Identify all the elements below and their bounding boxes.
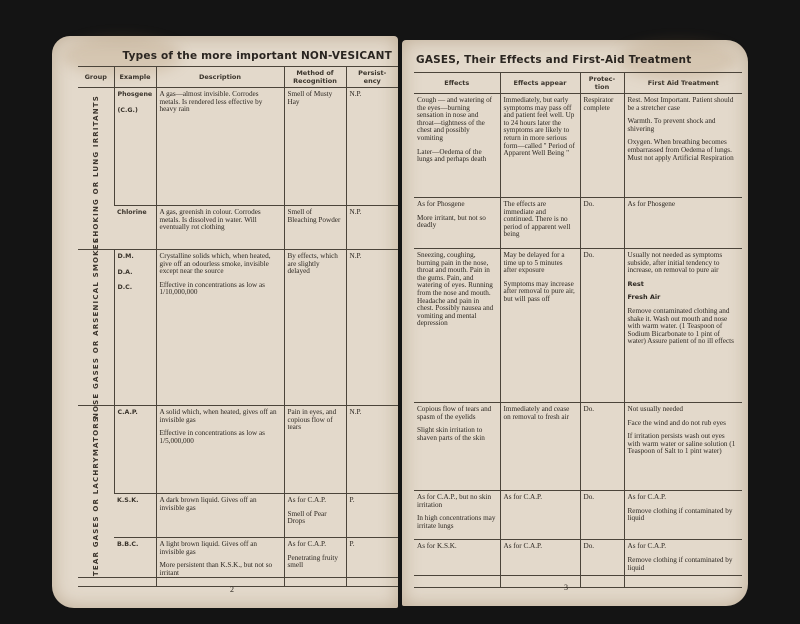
table-row: Cough — and watering of the eyes—burning… bbox=[414, 94, 742, 198]
table-row: K.S.K. A dark brown liquid. Gives off an… bbox=[78, 494, 398, 538]
table-row: As for PhosgeneMore irritant, but not so… bbox=[414, 198, 742, 249]
header-effects-appear: Effects appear bbox=[500, 73, 580, 94]
table-row: Chlorine A gas, greenish in colour. Corr… bbox=[78, 206, 398, 250]
table-row: As for K.S.K. As for C.A.P. Do. As for C… bbox=[414, 540, 742, 588]
left-page-title: Types of the more important NON-VESICANT bbox=[123, 50, 392, 62]
persistency-cell: N.P. bbox=[346, 88, 398, 206]
footer-rule bbox=[414, 575, 742, 576]
header-example: Example bbox=[114, 67, 156, 88]
group-label: NOSE GASES OR ARSENICAL SMOKES bbox=[91, 236, 101, 418]
header-recognition: Method of Recognition bbox=[284, 67, 346, 88]
description-cell: A gas—almost invisible. Corrodes metals.… bbox=[156, 88, 284, 206]
header-protection: Protec- tion bbox=[580, 73, 624, 94]
table-row: TEAR GASES OR LACHRYMATORS C.A.P. A soli… bbox=[78, 406, 398, 494]
header-group: Group bbox=[78, 67, 114, 88]
header-first-aid: First Aid Treatment bbox=[624, 73, 742, 94]
right-page: GASES, Their Effects and First-Aid Treat… bbox=[402, 40, 748, 606]
right-page-title: GASES, Their Effects and First-Aid Treat… bbox=[416, 54, 691, 66]
page-number: 3 bbox=[564, 583, 568, 592]
group-cell: TEAR GASES OR LACHRYMATORS bbox=[78, 406, 114, 587]
table-row: B.B.C. A light brown liquid. Gives off a… bbox=[78, 538, 398, 587]
group-cell: CHOKING OR LUNG IRRITANTS bbox=[78, 88, 114, 250]
table-row: CHOKING OR LUNG IRRITANTS Phosgene(C.G.)… bbox=[78, 88, 398, 206]
table-row: Copious flow of tears and spasm of the e… bbox=[414, 402, 742, 490]
table-row: Sneezing, coughing, burning pain in the … bbox=[414, 248, 742, 402]
gas-types-table: Group Example Description Method of Reco… bbox=[78, 66, 398, 587]
table-row: NOSE GASES OR ARSENICAL SMOKES D.M.D.A.D… bbox=[78, 250, 398, 406]
effects-treatment-table: Effects Effects appear Protec- tion Firs… bbox=[414, 72, 742, 588]
page-number: 2 bbox=[230, 585, 234, 594]
group-label: TEAR GASES OR LACHRYMATORS bbox=[91, 416, 101, 576]
left-page: Types of the more important NON-VESICANT… bbox=[52, 36, 398, 608]
header-description: Description bbox=[156, 67, 284, 88]
footer-rule bbox=[78, 577, 398, 578]
table-row: As for C.A.P., but no skin irritationIn … bbox=[414, 490, 742, 539]
example-cell: Phosgene(C.G.) bbox=[114, 88, 156, 206]
header-persistency: Persist- ency bbox=[346, 67, 398, 88]
recognition-cell: Smell of Musty Hay bbox=[284, 88, 346, 206]
header-effects: Effects bbox=[414, 73, 500, 94]
group-cell: NOSE GASES OR ARSENICAL SMOKES bbox=[78, 250, 114, 406]
group-label: CHOKING OR LUNG IRRITANTS bbox=[91, 94, 101, 242]
